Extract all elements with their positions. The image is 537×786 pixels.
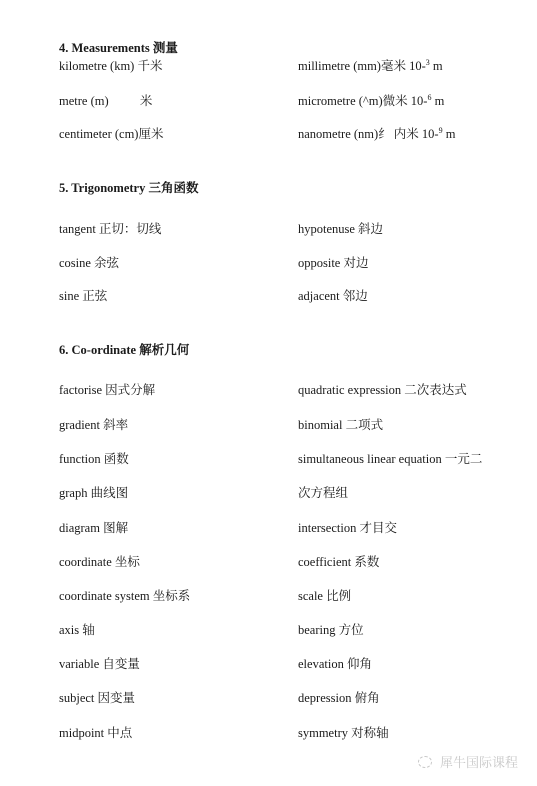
term-elevation: elevation 仰角: [298, 654, 372, 672]
term-subject: subject 因变量: [59, 688, 135, 706]
watermark: 犀牛国际课程: [418, 752, 518, 771]
term-metre: metre (m) 米: [59, 91, 152, 109]
section-heading-trigonometry: 5. Trigonometry 三角函数: [59, 178, 198, 196]
term-gradient: gradient 斜率: [59, 415, 128, 433]
term-kilometre: kilometre (km) 千米: [59, 56, 162, 74]
term-diagram: diagram 图解: [59, 518, 128, 536]
term-adjacent: adjacent 邻边: [298, 286, 368, 304]
term-coordinate-system: coordinate system 坐标系: [59, 586, 190, 604]
term-coefficient: coefficient 系数: [298, 552, 379, 570]
term-centimeter: centimeter (cm)厘米: [59, 124, 163, 142]
term-midpoint: midpoint 中点: [59, 723, 132, 741]
term-quadratic-expression: quadratic expression 二次表达式: [298, 380, 467, 398]
term-nanometre: nanometre (nm)纟 内米 10-9 m: [298, 124, 455, 142]
wechat-icon: [418, 755, 436, 769]
term-graph: graph 曲线图: [59, 483, 128, 501]
term-hypotenuse: hypotenuse 斜边: [298, 219, 383, 237]
term-bearing: bearing 方位: [298, 620, 364, 638]
term-factorise: factorise 因式分解: [59, 380, 155, 398]
term-opposite: opposite 对边: [298, 253, 368, 271]
term-millimetre: millimetre (mm)毫米 10-3 m: [298, 56, 443, 74]
term-function: function 函数: [59, 449, 129, 467]
term-variable: variable 自变量: [59, 654, 140, 672]
term-micrometre: micrometre (^m)微米 10-6 m: [298, 91, 444, 109]
term-simultaneous-continued: 次方程组: [298, 483, 348, 501]
term-coordinate: coordinate 坐标: [59, 552, 140, 570]
term-binomial: binomial 二项式: [298, 415, 383, 433]
term-simultaneous-linear-equation: simultaneous linear equation 一元二: [298, 449, 482, 467]
term-symmetry: symmetry 对称轴: [298, 723, 389, 741]
watermark-text: 犀牛国际课程: [440, 752, 518, 771]
section-heading-coordinate: 6. Co-ordinate 解析几何: [59, 340, 189, 358]
term-axis: axis 轴: [59, 620, 95, 638]
term-sine: sine 正弦: [59, 286, 107, 304]
term-scale: scale 比例: [298, 586, 351, 604]
term-depression: depression 俯角: [298, 688, 380, 706]
term-tangent: tangent 正切：切线: [59, 219, 161, 237]
term-intersection: intersection 才目交: [298, 518, 397, 536]
section-heading-measurements: 4. Measurements 测量: [59, 38, 178, 56]
term-cosine: cosine 余弦: [59, 253, 119, 271]
